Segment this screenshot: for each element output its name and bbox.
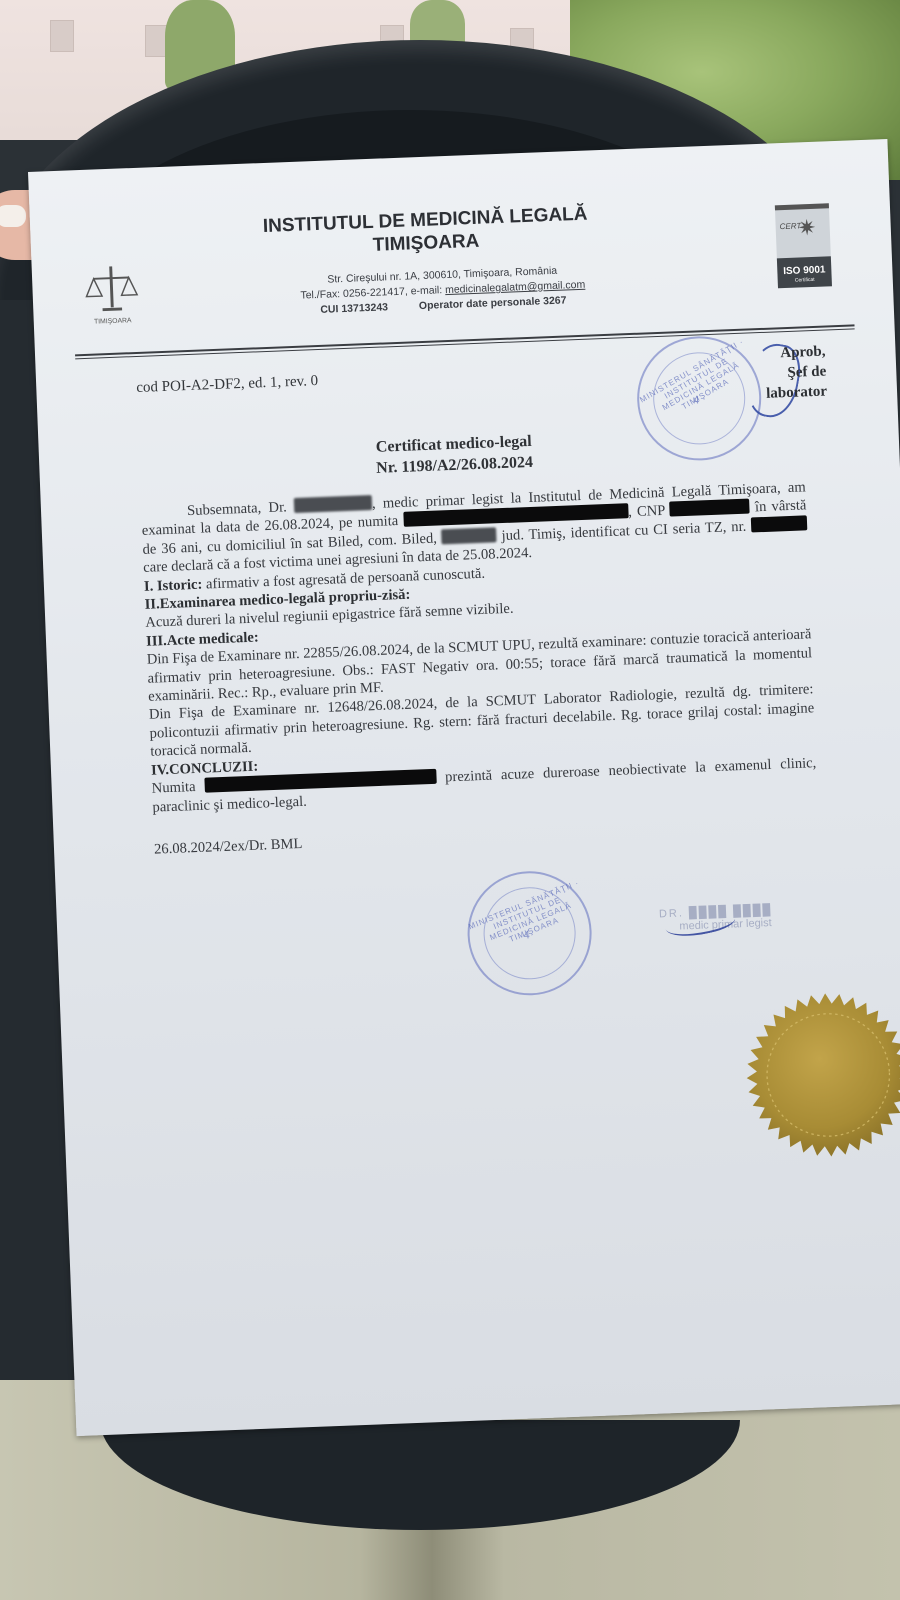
building-window — [50, 20, 74, 52]
approval-block: Aprob, Şef de laborator — [735, 342, 827, 405]
institute-name: INSTITUTUL DE MEDICINĂ LEGALĂ TIMIŞOARA — [210, 201, 641, 263]
stamp-number: 4 — [523, 929, 530, 941]
intro-text: , CNP — [628, 503, 665, 520]
official-stamp-bottom: MINISTERUL SĂNĂTĂŢII · INSTITUTUL DE MED… — [465, 869, 594, 998]
intro-text: jud. Timiş, identificat cu CI seria TZ, … — [501, 519, 746, 544]
iso-label: ISO 9001 Certificat — [777, 256, 832, 288]
gold-seal-icon — [740, 987, 900, 1163]
cert-star-icon: ✷ — [797, 215, 816, 242]
fingernail — [0, 205, 26, 227]
iso-caption: Certificat — [778, 276, 832, 284]
iso-standard: ISO 9001 — [783, 264, 826, 277]
institute-scales-logo-icon: TIMIŞOARA — [71, 247, 152, 328]
stamp-number: 4 — [693, 394, 700, 406]
svg-text:TIMIŞOARA: TIMIŞOARA — [94, 317, 132, 325]
institute-contact: Str. Cireşului nr. 1A, 300610, Timişoara… — [262, 261, 623, 320]
certificate-title-block: Certificat medico-legal Nr. 1198/A2/26.0… — [288, 428, 619, 483]
section-heading: I. Istoric: — [144, 576, 203, 594]
redacted-doctor-name — [294, 495, 373, 513]
approver-title: Şef de laborator — [736, 362, 827, 405]
medical-certificate-paper: TIMIŞOARA INSTITUTUL DE MEDICINĂ LEGALĂ … — [28, 139, 900, 1436]
document-footer-reference: 26.08.2024/2ex/Dr. BML — [154, 815, 819, 859]
redacted-cnp — [670, 499, 751, 517]
iso-certification-badge: CERT ✷ ISO 9001 Certificat — [775, 203, 832, 288]
intro-text: Subsemnata, Dr. — [187, 499, 287, 519]
conclusion-prefix: Numita — [151, 779, 195, 797]
redacted-id-number — [751, 515, 808, 532]
document-code: cod POI-A2-DF2, ed. 1, rev. 0 — [136, 373, 318, 397]
stamp-text: MINISTERUL SĂNĂTĂŢII · INSTITUTUL DE MED… — [467, 878, 592, 957]
cui-number: CUI 13713243 — [320, 301, 388, 316]
certificate-body: Subsemnata, Dr. , medic primar legist la… — [141, 478, 819, 859]
redacted-house-number — [441, 527, 497, 544]
